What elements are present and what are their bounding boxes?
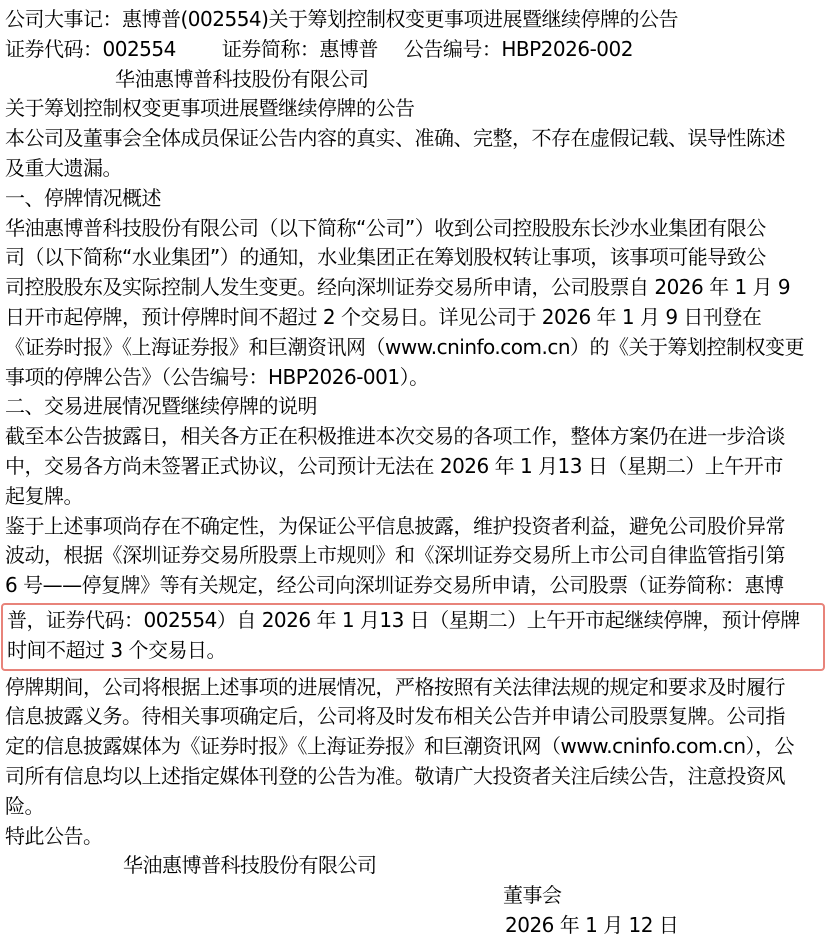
text-line: 普，证券代码：002554）自 2026 年 1 月13 日（星期二）上午开市起…	[7, 606, 823, 636]
stock-abbr: 证券简称：惠博普	[222, 35, 378, 65]
signature-date: 2026 年 1 月 12 日	[5, 911, 829, 941]
text-line: 波动，根据《深圳证券交易所股票上市规则》和《深圳证券交易所上市公司自律监管指引第	[5, 541, 829, 571]
meta-line: 证券代码：002554 证券简称：惠博普 公告编号：HBP2026-002	[5, 35, 829, 65]
declaration-paragraph: 本公司及董事会全体成员保证公告内容的真实、准确、完整，不存在虚假记载、误导性陈述…	[5, 124, 829, 184]
signature-company: 华油惠博普科技股份有限公司	[5, 851, 829, 881]
announcement-number: 公告编号：HBP2026-002	[404, 35, 633, 65]
text-line: 险。	[5, 792, 829, 822]
section1-paragraph: 华油惠博普科技股份有限公司（以下简称“公司”）收到公司控股股东长沙水业集团有限公…	[5, 214, 829, 393]
section2-paragraph: 截至本公告披露日，相关各方正在积极推进本次交易的各项工作，整体方案仍在进一步洽谈…	[5, 422, 829, 601]
section2-heading: 二、交易进展情况暨继续停牌的说明	[5, 392, 829, 422]
text-line: 司控股股东及实际控制人发生变更。经向深圳证券交易所申请，公司股票自 2026 年…	[5, 273, 829, 303]
text-line: 司（以下简称“水业集团”）的通知，水业集团正在筹划股权转让事项，该事项可能导致公	[5, 243, 829, 273]
text-line: 特此公告。	[5, 822, 829, 852]
closing-paragraph: 停牌期间，公司将根据上述事项的进展情况，严格按照有关法律法规的规定和要求及时履行…	[5, 673, 829, 852]
text-line: 事项的停牌公告》（公告编号：HBP2026-001）。	[5, 363, 829, 393]
text-line: 本公司及董事会全体成员保证公告内容的真实、准确、完整，不存在虚假记载、误导性陈述	[5, 124, 829, 154]
stock-code: 证券代码：002554	[5, 35, 176, 65]
text-line: 信息披露义务。待相关事项确定后，公司将及时发布相关公告并申请公司股票复牌。公司指	[5, 702, 829, 732]
text-line: 截至本公告披露日，相关各方正在积极推进本次交易的各项工作，整体方案仍在进一步洽谈	[5, 422, 829, 452]
event-title: 公司大事记：惠博普(002554)关于筹划控制权变更事项进展暨继续停牌的公告	[5, 5, 829, 35]
company-name: 华油惠博普科技股份有限公司	[5, 65, 829, 95]
text-line: 定的信息披露媒体为《证券时报》《上海证券报》和巨潮资讯网（www.cninfo.…	[5, 732, 829, 762]
signature-board: 董事会	[5, 881, 829, 911]
text-line: 及重大遗漏。	[5, 154, 829, 184]
text-line: 日开市起停牌，预计停牌时间不超过 2 个交易日。详见公司于 2026 年 1 月…	[5, 303, 829, 333]
text-line: 停牌期间，公司将根据上述事项的进展情况，严格按照有关法律法规的规定和要求及时履行	[5, 673, 829, 703]
text-line: 起复牌。	[5, 482, 829, 512]
section1-heading: 一、停牌情况概述	[5, 184, 829, 214]
announcement-document: 公司大事记：惠博普(002554)关于筹划控制权变更事项进展暨继续停牌的公告 证…	[0, 0, 831, 946]
highlight-annotation-box: 普，证券代码：002554）自 2026 年 1 月13 日（星期二）上午开市起…	[1, 603, 825, 671]
text-line: 鉴于上述事项尚存在不确定性，为保证公平信息披露，维护投资者利益，避免公司股价异常	[5, 512, 829, 542]
text-line: 华油惠博普科技股份有限公司（以下简称“公司”）收到公司控股股东长沙水业集团有限公	[5, 214, 829, 244]
text-line: 《证券时报》《上海证券报》和巨潮资讯网（www.cninfo.com.cn）的《…	[5, 333, 829, 363]
text-line: 中，交易各方尚未签署正式协议，公司预计无法在 2026 年 1 月13 日（星期…	[5, 452, 829, 482]
announcement-subtitle: 关于筹划控制权变更事项进展暨继续停牌的公告	[5, 94, 829, 124]
text-line: 6 号——停复牌》等有关规定，经公司向深圳证券交易所申请，公司股票（证券简称：惠…	[5, 571, 829, 601]
text-line: 司所有信息均以上述指定媒体刊登的公告为准。敬请广大投资者关注后续公告，注意投资风	[5, 762, 829, 792]
text-line: 时间不超过 3 个交易日。	[7, 636, 823, 666]
